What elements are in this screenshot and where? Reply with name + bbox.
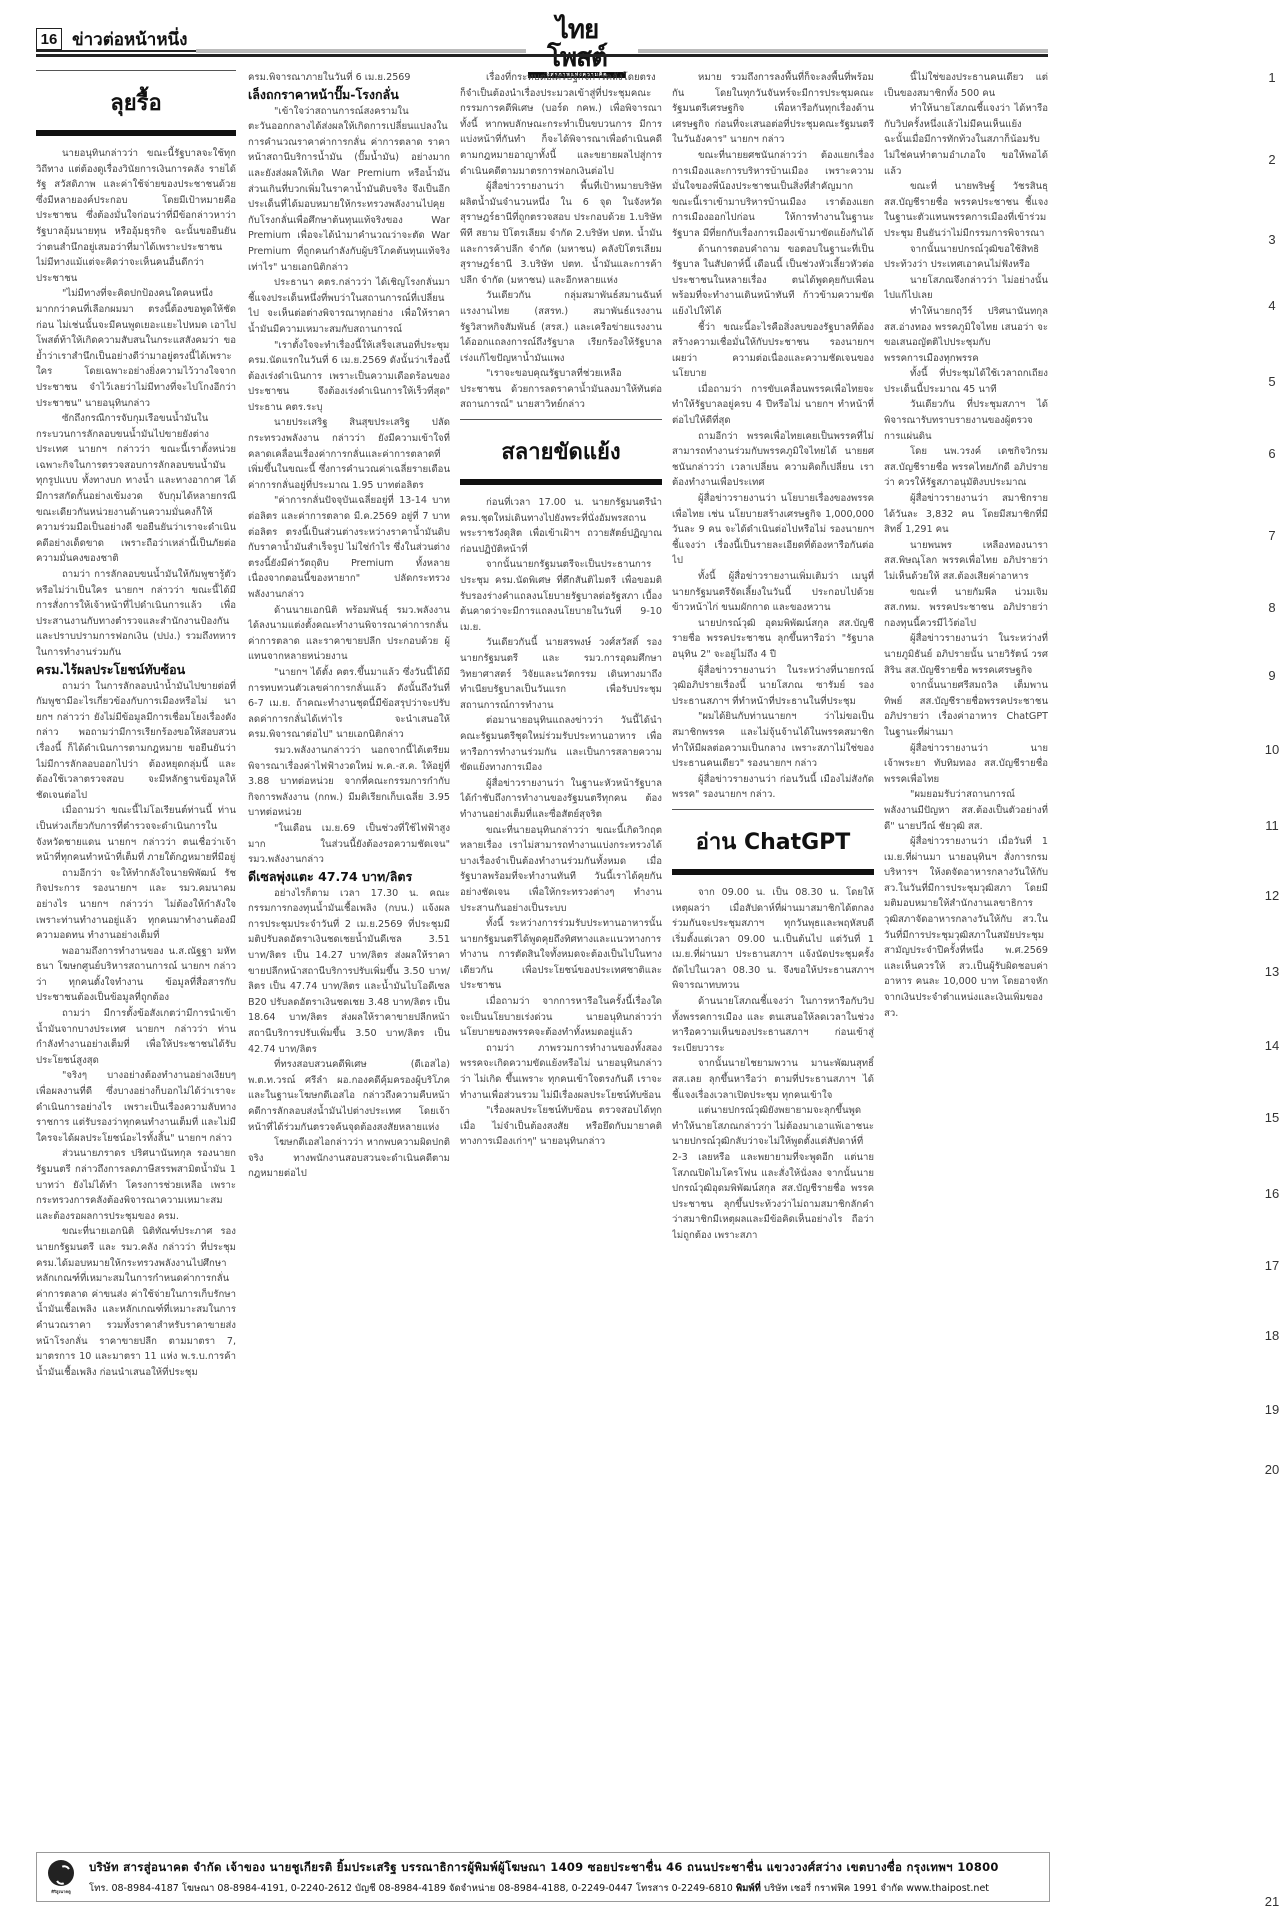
col4-body: หมาย รวมถึงการลงพื้นที่ก็จะลงพื้นที่พร้อ…: [672, 70, 874, 803]
col5-body: นี้ไม่ใช่ของประธานคนเดียว แต่เป็นของสมาช…: [884, 70, 1048, 1021]
paragraph: รมว.พลังงานกล่าวว่า นอกจากนี้ได้เตรียมพิ…: [248, 743, 450, 821]
column-4: หมาย รวมถึงการลงพื้นที่ก็จะลงพื้นที่พร้อ…: [672, 70, 874, 1815]
paragraph: "ในเดือน เม.ย.69 เป็นช่วงที่ใช้ไฟฟ้าสูงม…: [248, 821, 450, 868]
col2-body: ครม.พิจารณาภายในวันที่ 6 เม.ย.2569: [248, 70, 450, 86]
paragraph: ทั้งนี้ ระหว่างการร่วมรับประทานอาหารนั้น…: [460, 916, 662, 994]
paragraph: โดย นพ.วรงค์ เดชกิจวิกรม สส.บัญชีรายชื่อ…: [884, 444, 1048, 491]
paragraph: ขณะที่นายเอกนิติ นิติทัณฑ์ประภาศ รองนายก…: [36, 1224, 236, 1380]
newspaper-logo: ไทยโพสต์ อิสรภาพแห่งความคิด: [528, 16, 626, 54]
margin-number: 10: [1262, 742, 1282, 757]
margin-number: 18: [1262, 1328, 1282, 1343]
paragraph: จาก 09.00 น. เป็น 08.30 น. โดยให้เหตุผลว…: [672, 885, 874, 994]
paragraph: ต่อมานายอนุทินแถลงข่าวว่า วันนี้ได้นำคณะ…: [460, 713, 662, 775]
imprint-text: บริษัท สารสู่อนาคต จำกัด เจ้าของ นายชูเก…: [85, 1859, 1049, 1896]
margin-number: 8: [1262, 600, 1282, 615]
paragraph: ด้านการตอบคำถาม ขอตอบในฐานะที่เป็นรัฐบาล…: [672, 242, 874, 320]
paragraph: ถามว่า ภาพรวมการทำงานของทั้งสองพรรคจะเกิ…: [460, 1041, 662, 1103]
paragraph: ด้านนายเอกนิติ พร้อมพันธุ์ รมว.พลังงาน ไ…: [248, 603, 450, 665]
paragraph: โฆษกดีเอสไอกล่าวว่า หากพบความผิดปกติจริง…: [248, 1135, 450, 1182]
header-rule: [36, 54, 1048, 57]
paragraph: วันเดียวกันนี้ นายสรพงษ์ วงศ์สวัสดิ์ รอง…: [460, 635, 662, 713]
paragraph: ถามอีกว่า พรรคเพื่อไทยเคยเป็นพรรคที่ไม่ส…: [672, 429, 874, 491]
margin-number: 13: [1262, 964, 1282, 979]
masthead: 16 ข่าวต่อหน้าหนึ่ง ไทยโพสต์ อิสรภาพแห่ง…: [36, 0, 1048, 58]
column-2: ครม.พิจารณาภายในวันที่ 6 เม.ย.2569 เล็งถ…: [248, 70, 450, 1815]
col2-body-3: อย่างไรก็ตาม เวลา 17.30 น. คณะกรรมการกอง…: [248, 886, 450, 1182]
paragraph: ถามว่า การลักลอบขนน้ำมันให้กัมพูชารู้ตัว…: [36, 567, 236, 661]
col1-body-2: ถามว่า ในการลักลอบนำน้ำมันไปขายต่อที่กัม…: [36, 679, 236, 1381]
col3-body-2: ก่อนที่เวลา 17.00 น. นายกรัฐมนตรีนำ ครม.…: [460, 495, 662, 1150]
col3-body: เรื่องที่กระทบต่อเศรษฐกิจการคลังโดยตรง ก…: [460, 70, 662, 413]
col2-body-2: "เข้าใจว่าสถานการณ์สงครามในตะวันออกกลางไ…: [248, 104, 450, 868]
paragraph: ประธานา คตร.กล่าวว่า ได้เชิญโรงกลั่นมาชี…: [248, 275, 450, 337]
paragraph: จากนั้นนายศรีสมถวิล เต็มพานทิพย์ สส.บัญช…: [884, 678, 1048, 740]
margin-number: 19: [1262, 1402, 1282, 1417]
section-title: ข่าวต่อหน้าหนึ่ง: [72, 26, 187, 53]
paragraph: "เราจะขอบคุณรัฐบาลที่ช่วยเหลือประชาชน ด้…: [460, 366, 662, 413]
paragraph: "นายกฯ ได้ตั้ง คตร.ขึ้นมาแล้ว ซึ่งวันนี้…: [248, 665, 450, 743]
margin-number: 9: [1262, 668, 1282, 683]
paragraph: วันเดียวกัน ที่ประชุมสภาฯ ได้พิจารณารับท…: [884, 397, 1048, 444]
publisher-logo-caption: ศิริสูงนาคตู: [51, 1888, 70, 1895]
paragraph: เมื่อถามว่า การขับเคลื่อนพรรคเพื่อไทยจะท…: [672, 382, 874, 429]
paragraph: นายพนพร เหลืองทองนารา สส.พิษณุโลก พรรคเพ…: [884, 538, 1048, 585]
paragraph: นายปกรณ์วุฒิ อุดมพิพัฒน์สกุล สส.บัญชีราย…: [672, 616, 874, 663]
margin-number: 2: [1262, 152, 1282, 167]
margin-number: 20: [1262, 1462, 1282, 1477]
margin-number: 21: [1262, 1894, 1282, 1909]
paragraph: ด้านนายโสภณชี้แจงว่า ในการหารือกับวิปทั้…: [672, 994, 874, 1056]
publisher-imprint: ศิริสูงนาคตู บริษัท สารสู่อนาคต จำกัด เจ…: [36, 1852, 1050, 1902]
paragraph: "เข้าใจว่าสถานการณ์สงครามในตะวันออกกลางไ…: [248, 104, 450, 276]
imprint-line-2: โทร. 08-8984-4187 โฆษณา 08-8984-4191, 0-…: [89, 1881, 1049, 1896]
paragraph: ผู้สื่อข่าวรายงานว่า ในระหว่างที่นายกรณ์…: [672, 663, 874, 710]
imprint-contacts: โทร. 08-8984-4187 โฆษณา 08-8984-4191, 0-…: [89, 1883, 733, 1894]
subheading-refinery-price: เล็งถกราคาหน้าปั๊ม-โรงกลั่น: [248, 86, 450, 104]
margin-number: 1: [1262, 70, 1282, 85]
subheading-diesel-price: ดีเซลพุ่งแตะ 47.74 บาท/ลิตร: [248, 868, 450, 886]
paragraph: เมื่อถามว่า ขณะนี้ไม่โอเรียนต์ท่านนี้ ท่…: [36, 803, 236, 865]
paragraph: ซักถึงกรณีการจับกุมเรือขนน้ำมันในกระบวนก…: [36, 411, 236, 567]
col4-body-2: จาก 09.00 น. เป็น 08.30 น. โดยให้เหตุผลว…: [672, 885, 874, 1244]
paragraph: ทำให้นายโสภณชี้แจงว่า ได้หารือกับวิปครั้…: [884, 101, 1048, 179]
box-heading-luirue: ลุยรื้อ: [36, 70, 236, 136]
header-rule-right: [638, 49, 1048, 53]
paragraph: หมาย รวมถึงการลงพื้นที่ก็จะลงพื้นที่พร้อ…: [672, 70, 874, 148]
paragraph: เรื่องที่กระทบต่อเศรษฐกิจการคลังโดยตรง ก…: [460, 70, 662, 179]
margin-number: 15: [1262, 1110, 1282, 1125]
paragraph: "เราตั้งใจจะทำเรื่องนี้ให้เสร็จเสนอที่ปร…: [248, 338, 450, 416]
margin-number: 6: [1262, 446, 1282, 461]
paragraph: จากนั้นนายไชยามพวาน มานะพัฒนสุทธิ์ สส.เล…: [672, 1056, 874, 1103]
column-5: นี้ไม่ใช่ของประธานคนเดียว แต่เป็นของสมาช…: [884, 70, 1048, 1815]
paragraph: ถามว่า ในการลักลอบนำน้ำมันไปขายต่อที่กัม…: [36, 679, 236, 804]
box-heading-read-chatgpt: อ่าน ChatGPT: [672, 809, 874, 875]
paragraph: แต่นายปกรณ์วุฒิยังพยายามจะลุกขึ้นพูด ทำใ…: [672, 1103, 874, 1243]
paragraph: ผู้สื่อข่าวรายงานว่า สมาชิกรายได้วันละ 3…: [884, 491, 1048, 538]
imprint-printer: บริษัท เชอรี่ กราฟฟิค 1991 จำกัด www.tha…: [764, 1883, 989, 1894]
paragraph: ผู้สื่อข่าวรายงานว่า ในฐานะหัวหน้ารัฐบาล…: [460, 776, 662, 823]
paragraph: จากนั้นนายปกรณ์วุฒิขอใช้สิทธิประท้วงว่า …: [884, 242, 1048, 273]
paragraph: พออามถึงการทำงานของ น.ส.ณัฐฐา มหัทธนา โฆ…: [36, 944, 236, 1006]
paragraph: ขณะที่นายยศชนันกล่าวว่า ต้องแยกเรื่องการ…: [672, 148, 874, 242]
paragraph: ขณะที่ นายกัมพีล น่วมเจิม สส.กทม. พรรคปร…: [884, 585, 1048, 632]
paragraph: ครม.พิจารณาภายในวันที่ 6 เม.ย.2569: [248, 70, 450, 86]
paragraph: ชี้ว่า ขณะนี้อะไรคือสิ่งลบของรัฐบาลที่ต้…: [672, 320, 874, 382]
section-underline: [36, 50, 196, 52]
paragraph: นายอนุทินกล่าวว่า ขณะนี้รัฐบาลจะใช้ทุกวิ…: [36, 146, 236, 286]
paragraph: ผู้สื่อข่าวรายงานว่า นโยบายเรื่องของพรรค…: [672, 491, 874, 569]
paragraph: เมื่อถามว่า จากการหารือในครั้งนี้เรื่องใ…: [460, 994, 662, 1041]
paragraph: "ผมยอมรับว่าสถานการณ์พลังงานมีปัญหา สส.ต…: [884, 787, 1048, 834]
publisher-logo: ศิริสูงนาคตู: [37, 1854, 85, 1900]
margin-number: 16: [1262, 1186, 1282, 1201]
column-1: ลุยรื้อ นายอนุทินกล่าวว่า ขณะนี้รัฐบาลจะ…: [36, 70, 236, 1815]
paragraph: นายโสภณจึงกล่าวว่า ไม่อย่างนั้นไปแก้ไปเล…: [884, 273, 1048, 304]
paragraph: นายประเสริฐ สินสุขประเสริฐ ปลัดกระทรวงพล…: [248, 415, 450, 493]
subheading-no-conflict: ครม.ไร้ผลประโยชน์ทับซ้อน: [36, 661, 236, 679]
paragraph: "ไม่มีทางที่จะคิดปกป้องคนใดคนหนึ่งมากกว่…: [36, 286, 236, 411]
imprint-line-1: บริษัท สารสู่อนาคต จำกัด เจ้าของ นายชูเก…: [89, 1859, 1049, 1877]
paragraph: ทั้งนี้ ผู้สื่อข่าวรายงานเพิ่มเติมว่า เม…: [672, 569, 874, 616]
margin-number: 7: [1262, 528, 1282, 543]
page-number: 16: [36, 28, 62, 50]
paragraph: ขณะที่นายอนุทินกล่าวว่า ขณะนี้เกิดวิกฤตห…: [460, 823, 662, 917]
paragraph: ผู้สื่อข่าวรายงานว่า นายเจ้าพระยา ทับทิม…: [884, 741, 1048, 788]
paragraph: ก่อนที่เวลา 17.00 น. นายกรัฐมนตรีนำ ครม.…: [460, 495, 662, 557]
paragraph: ผู้สื่อข่าวรายงานว่า ก่อนวันนี้ เมืองไม่…: [672, 772, 874, 803]
header-rule-left: [196, 49, 526, 53]
paragraph: วันเดียวกัน กลุ่มสมาพันธ์สมานฉันท์แรงงาน…: [460, 288, 662, 366]
paragraph: ทำให้นายกฤวีร์ ปริศนานันทกุล สส.อ่างทอง …: [884, 304, 1048, 366]
col1-body: นายอนุทินกล่าวว่า ขณะนี้รัฐบาลจะใช้ทุกวิ…: [36, 146, 236, 661]
paragraph: "จริงๆ บางอย่างต้องทำงานอย่างเงียบๆ เพื่…: [36, 1068, 236, 1146]
margin-number: 17: [1262, 1258, 1282, 1273]
paragraph: "ผมได้ยินกับท่านนายกฯ ว่าไม่ขอเป็นสมาชิก…: [672, 709, 874, 771]
paragraph: ผู้สื่อข่าวรายงานว่า เมื่อวันที่ 1 เม.ย.…: [884, 834, 1048, 1021]
paragraph: "เรื่องผลประโยชน์ทับซ้อน ตรวจสอบได้ทุกเม…: [460, 1103, 662, 1150]
margin-number: 4: [1262, 298, 1282, 313]
paragraph: อย่างไรก็ตาม เวลา 17.30 น. คณะกรรมการกอง…: [248, 886, 450, 1058]
paragraph: ที่ทรงสอบสวนคดีพิเศษ (ดีเอสไอ) พ.ต.ท.วรณ…: [248, 1057, 450, 1135]
paragraph: ทั้งนี้ ที่ประชุมได้ใช้เวลาถกเถียงประเด็…: [884, 366, 1048, 397]
paragraph: ขณะที่ นายพริษฐ์ วัชรสินธุ สส.บัญชีรายชื…: [884, 179, 1048, 241]
margin-number: 14: [1262, 1038, 1282, 1053]
margin-number: 5: [1262, 374, 1282, 389]
logo-text: ไทยโพสต์: [528, 16, 626, 72]
paragraph: ผู้สื่อข่าวรายงานว่า พื้นที่เป้าหมายบริษ…: [460, 179, 662, 288]
margin-number: 12: [1262, 888, 1282, 903]
imprint-printed-at: พิมพ์ที่: [736, 1883, 761, 1894]
paragraph: จากนั้นนายกรัฐมนตรีจะเป็นประธานการประชุม…: [460, 557, 662, 635]
paragraph: "ค่าการกลั่นปัจจุบันเฉลี่ยอยู่ที่ 13-14 …: [248, 493, 450, 602]
margin-number: 3: [1262, 232, 1282, 247]
paragraph: ผู้สื่อข่าวรายงานว่า ในระหว่างที่นายภูมิ…: [884, 631, 1048, 678]
paragraph: นี้ไม่ใช่ของประธานคนเดียว แต่เป็นของสมาช…: [884, 70, 1048, 101]
margin-number: 11: [1262, 818, 1282, 833]
paragraph: ถามว่า มีการตั้งข้อสังเกตว่ามีการนำเข้าน…: [36, 1006, 236, 1068]
column-3: เรื่องที่กระทบต่อเศรษฐกิจการคลังโดยตรง ก…: [460, 70, 662, 1815]
publisher-logo-icon: [48, 1860, 74, 1886]
paragraph: ส่วนนายภราดร ปริศนานันทกุล รองนายกรัฐมนต…: [36, 1146, 236, 1224]
paragraph: ถามอีกว่า จะให้ทำกลังใจนายพิพัฒน์ รัชกิจ…: [36, 866, 236, 944]
box-heading-resolve-conflict: สลายขัดแย้ง: [460, 419, 662, 485]
